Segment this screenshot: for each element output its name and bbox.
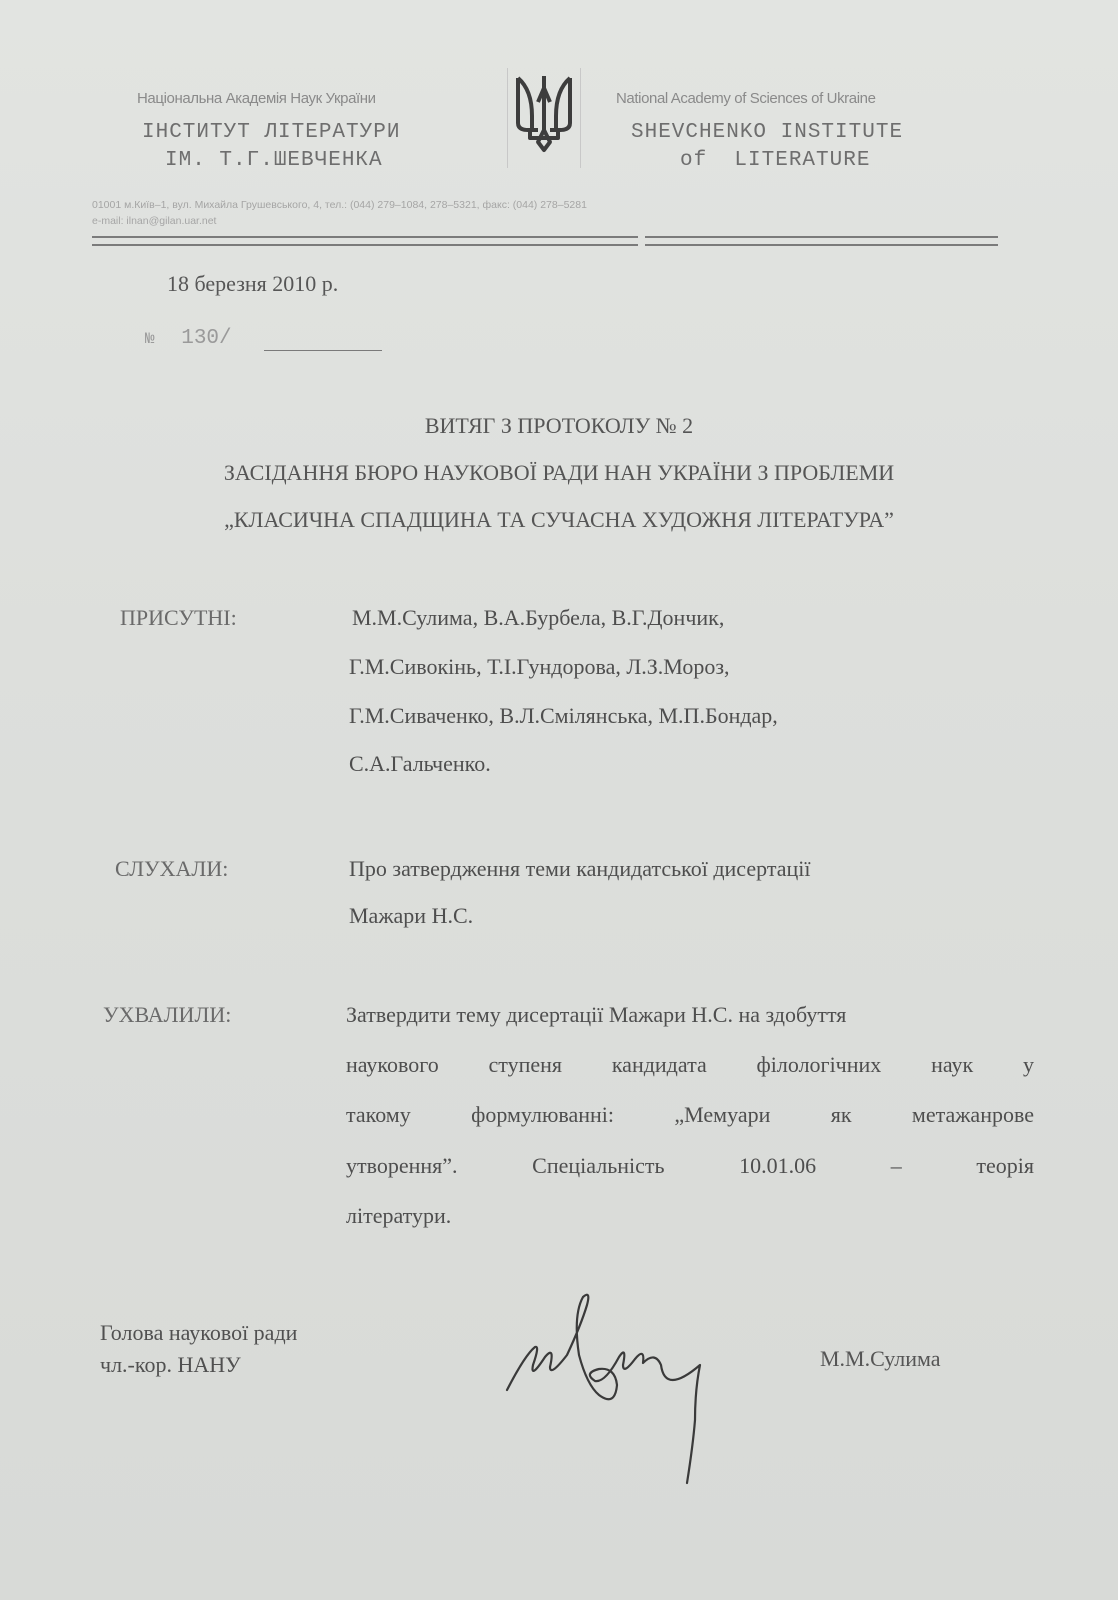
academy-name-en: National Academy of Sciences of Ukraine	[616, 90, 876, 107]
header-rule-left	[92, 236, 638, 246]
trident-icon	[507, 68, 581, 168]
number-value: 130/	[181, 327, 231, 350]
number-prefix: №	[145, 330, 155, 348]
present-line: Г.М.Сивокінь, Т.І.Гундорова, Л.З.Мороз,	[349, 654, 730, 680]
institute-name-ua-line1: ІНСТИТУТ ЛІТЕРАТУРИ	[142, 121, 400, 144]
present-label: ПРИСУТНІ:	[120, 605, 237, 631]
resolved-line: Затвердити тему дисертації Мажари Н.С. н…	[346, 1002, 846, 1028]
signer-position-line2: чл.-кор. НАНУ	[100, 1352, 241, 1378]
heard-label: СЛУХАЛИ:	[115, 856, 228, 882]
resolved-line: літератури.	[346, 1203, 451, 1229]
institute-name-ua-line2: ІМ. Т.Г.ШЕВЧЕНКА	[165, 149, 383, 172]
heard-line: Мажари Н.С.	[349, 903, 473, 929]
address-line: 01001 м.Київ–1, вул. Михайла Грушевськог…	[92, 199, 587, 211]
extract-title: ВИТЯГ З ПРОТОКОЛУ № 2	[0, 413, 1118, 439]
number-blank-line	[264, 350, 382, 351]
resolved-label: УХВАЛИЛИ:	[103, 1002, 231, 1028]
institute-name-en-line2: of LITERATURE	[680, 149, 870, 172]
academy-name-ua: Національна Академія Наук України	[137, 90, 376, 107]
email-line: e-mail: ilnan@gilan.uar.net	[92, 215, 216, 227]
problem-title: „КЛАСИЧНА СПАДЩИНА ТА СУЧАСНА ХУДОЖНЯ ЛІ…	[0, 507, 1118, 533]
heard-line: Про затвердження теми кандидатської дисе…	[349, 856, 810, 882]
resolved-line: утворення”. Спеціальність 10.01.06 – тео…	[346, 1153, 1034, 1179]
present-line: С.А.Гальченко.	[349, 751, 491, 777]
document-number: № 130/	[145, 327, 232, 350]
institute-name-en-line1: SHEVCHENKO INSTITUTE	[631, 121, 903, 144]
resolved-line: такому формулюванні: „Мемуари як метажан…	[346, 1102, 1034, 1128]
signer-position-line1: Голова наукової ради	[100, 1320, 297, 1346]
header-rule-right	[645, 236, 998, 246]
meeting-title: ЗАСІДАННЯ БЮРО НАУКОВОЇ РАДИ НАН УКРАЇНИ…	[0, 460, 1118, 486]
resolved-line: наукового ступеня кандидата філологічних…	[346, 1052, 1034, 1078]
signer-name: М.М.Сулима	[820, 1346, 941, 1372]
present-line: Г.М.Сиваченко, В.Л.Смілянська, М.П.Бонда…	[349, 703, 778, 729]
present-line: М.М.Сулима, В.А.Бурбела, В.Г.Дончик,	[352, 605, 724, 631]
document-date: 18 березня 2010 р.	[167, 271, 338, 297]
signature-mark	[495, 1285, 785, 1490]
